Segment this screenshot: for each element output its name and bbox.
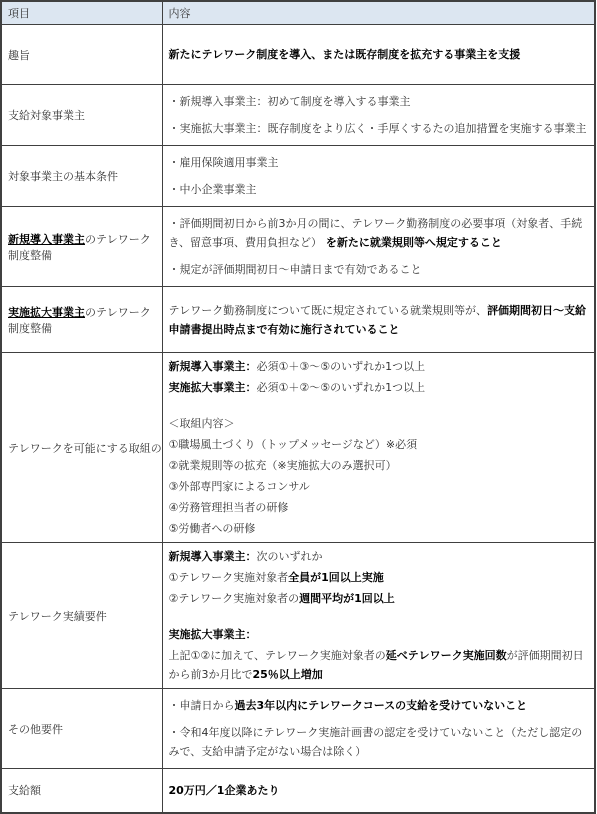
text-segment: ⑤労働者への研修 xyxy=(169,522,256,535)
table-row: 支給額20万円／1企業あたり xyxy=(1,769,595,813)
content-cell: ・雇用保険適用事業主・中小企業事業主 xyxy=(162,146,595,207)
content-line: ・評価期間初日から前3か月の間に、テレワーク勤務制度の必要事項（対象者、手続き、… xyxy=(169,210,589,256)
text-segment: ・申請日から xyxy=(169,699,235,712)
content-cell: テレワーク勤務制度について既に規定されている就業規則等が、評価期間初日～支給申請… xyxy=(162,287,595,353)
content-line: ②就業規則等の拡充（※実施拡大のみ選択可） xyxy=(169,455,589,476)
content-line: ・令和4年度以降にテレワーク実施計画書の認定を受けていないこと（ただし認定のみで… xyxy=(169,719,589,765)
content-line xyxy=(169,398,589,413)
content-line: ＜取組内容＞ xyxy=(169,413,589,434)
text-segment: ・規定が評価期間初日～申請日まで有効であること xyxy=(169,263,422,276)
table-row: テレワークを可能にする取組の実施新規導入事業主：必須①＋③～⑤のいずれか1つ以上… xyxy=(1,353,595,543)
text-segment: 全員が1回以上実施 xyxy=(288,571,384,584)
text-segment: テレワーク勤務制度について既に規定されている就業規則等が、 xyxy=(169,304,488,317)
content-line: ⑤労働者への研修 xyxy=(169,518,589,539)
text-segment: 必須①＋②～⑤のいずれか1つ以上 xyxy=(257,381,426,394)
table-row: テレワーク実績要件新規導入事業主：次のいずれか①テレワーク実施対象者全員が1回以… xyxy=(1,543,595,689)
content-cell: 新たにテレワーク制度を導入、または既存制度を拡充する事業主を支援 xyxy=(162,25,595,85)
content-line: 20万円／1企業あたり xyxy=(169,780,589,801)
content-line: ・新規導入事業主：初めて制度を導入する事業主 xyxy=(169,88,589,115)
content-cell: 新規導入事業主：次のいずれか①テレワーク実施対象者全員が1回以上実施②テレワーク… xyxy=(162,543,595,689)
header-row: 項目 内容 xyxy=(1,1,595,25)
item-cell: 実施拡大事業主のテレワーク制度整備 xyxy=(1,287,162,353)
text-segment: 新たにテレワーク制度を導入、または既存制度を拡充する事業主を支援 xyxy=(169,48,521,61)
header-content-cell: 内容 xyxy=(162,1,595,25)
document-page: 項目 内容 趣旨新たにテレワーク制度を導入、または既存制度を拡充する事業主を支援… xyxy=(0,0,597,814)
text-segment: 実施拡大事業主： xyxy=(169,628,257,641)
text-segment: 趣旨 xyxy=(8,49,30,62)
table-row: 新規導入事業主のテレワーク制度整備・評価期間初日から前3か月の間に、テレワーク勤… xyxy=(1,207,595,287)
text-segment: 実施拡大事業主： xyxy=(169,381,257,394)
text-segment: ・新規導入事業主：初めて制度を導入する事業主 xyxy=(169,95,411,108)
text-segment: ③外部専門家によるコンサル xyxy=(169,480,310,493)
text-segment: 新規導入事業主： xyxy=(169,360,257,373)
content-cell: 20万円／1企業あたり xyxy=(162,769,595,813)
item-cell: その他要件 xyxy=(1,689,162,769)
text-segment: ②就業規則等の拡充（※実施拡大のみ選択可） xyxy=(169,459,397,472)
content-line: ③外部専門家によるコンサル xyxy=(169,476,589,497)
table-header: 項目 内容 xyxy=(1,1,595,25)
content-line: 新規導入事業主：次のいずれか xyxy=(169,546,589,567)
text-segment: テレワーク実績要件 xyxy=(8,610,107,623)
text-segment: ＜取組内容＞ xyxy=(169,417,235,430)
text-segment: 新規導入事業主： xyxy=(169,550,257,563)
item-cell: テレワーク実績要件 xyxy=(1,543,162,689)
content-line xyxy=(169,609,589,624)
content-line: ・中小企業事業主 xyxy=(169,176,589,203)
requirements-table: 項目 内容 趣旨新たにテレワーク制度を導入、または既存制度を拡充する事業主を支援… xyxy=(0,0,596,814)
item-cell: テレワークを可能にする取組の実施 xyxy=(1,353,162,543)
text-segment: 支給額 xyxy=(8,784,41,797)
content-line: 実施拡大事業主：必須①＋②～⑤のいずれか1つ以上 xyxy=(169,377,589,398)
content-cell: 新規導入事業主：必須①＋③～⑤のいずれか1つ以上実施拡大事業主：必須①＋②～⑤の… xyxy=(162,353,595,543)
content-line: ・申請日から過去3年以内にテレワークコースの支給を受けていないこと xyxy=(169,692,589,719)
text-segment: 必須①＋③～⑤のいずれか1つ以上 xyxy=(257,360,426,373)
item-cell: 支給対象事業主 xyxy=(1,85,162,146)
text-segment: 20万円／1企業あたり xyxy=(169,784,280,797)
text-segment: ・令和4年度以降にテレワーク実施計画書の認定を受けていないこと（ただし認定のみで… xyxy=(169,726,583,758)
text-segment: 延べテレワーク実施回数 xyxy=(386,649,507,662)
table-row: その他要件・申請日から過去3年以内にテレワークコースの支給を受けていないこと・令… xyxy=(1,689,595,769)
content-line: ・規定が評価期間初日～申請日まで有効であること xyxy=(169,256,589,283)
content-cell: ・新規導入事業主：初めて制度を導入する事業主・実施拡大事業主：既存制度をより広く… xyxy=(162,85,595,146)
text-segment: ・実施拡大事業主：既存制度をより広く・手厚くするたの追加措置を実施する事業主 xyxy=(169,122,587,135)
content-line: 上記①②に加えて、テレワーク実施対象者の延べテレワーク実施回数が評価期間初日から… xyxy=(169,645,589,685)
text-segment: 次のいずれか xyxy=(257,550,323,563)
text-segment: ・雇用保険適用事業主 xyxy=(169,156,279,169)
item-cell: 新規導入事業主のテレワーク制度整備 xyxy=(1,207,162,287)
text-segment: 支給対象事業主 xyxy=(8,109,85,122)
text-segment: 25％以上増加 xyxy=(253,668,323,681)
text-segment: 対象事業主の基本条件 xyxy=(8,170,118,183)
content-line: ・実施拡大事業主：既存制度をより広く・手厚くするたの追加措置を実施する事業主 xyxy=(169,115,589,142)
content-line: 新規導入事業主：必須①＋③～⑤のいずれか1つ以上 xyxy=(169,356,589,377)
content-line: テレワーク勤務制度について既に規定されている就業規則等が、評価期間初日～支給申請… xyxy=(169,297,589,343)
content-line: 実施拡大事業主： xyxy=(169,624,589,645)
content-line: ②テレワーク実施対象者の週間平均が1回以上 xyxy=(169,588,589,609)
content-line: 新たにテレワーク制度を導入、または既存制度を拡充する事業主を支援 xyxy=(169,44,589,65)
text-segment: ①テレワーク実施対象者 xyxy=(169,571,289,584)
table-body: 趣旨新たにテレワーク制度を導入、または既存制度を拡充する事業主を支援支給対象事業… xyxy=(1,25,595,813)
text-segment: ④労務管理担当者の研修 xyxy=(169,501,289,514)
text-segment: ・中小企業事業主 xyxy=(169,183,257,196)
table-row: 対象事業主の基本条件・雇用保険適用事業主・中小企業事業主 xyxy=(1,146,595,207)
item-cell: 趣旨 xyxy=(1,25,162,85)
table-row: 趣旨新たにテレワーク制度を導入、または既存制度を拡充する事業主を支援 xyxy=(1,25,595,85)
content-line: ・雇用保険適用事業主 xyxy=(169,149,589,176)
text-segment: その他要件 xyxy=(8,723,63,736)
text-segment: 新規導入事業主 xyxy=(8,233,85,246)
text-segment: 実施拡大事業主 xyxy=(8,306,85,319)
content-line: ④労務管理担当者の研修 xyxy=(169,497,589,518)
text-segment: 週間平均が1回以上 xyxy=(299,592,395,605)
content-cell: ・評価期間初日から前3か月の間に、テレワーク勤務制度の必要事項（対象者、手続き、… xyxy=(162,207,595,287)
table-row: 支給対象事業主・新規導入事業主：初めて制度を導入する事業主・実施拡大事業主：既存… xyxy=(1,85,595,146)
content-line: ①テレワーク実施対象者全員が1回以上実施 xyxy=(169,567,589,588)
text-segment: ②テレワーク実施対象者の xyxy=(169,592,300,605)
text-segment: 過去3年以内にテレワークコースの支給を受けていないこと xyxy=(235,699,528,712)
text-segment: を新たに就業規則等へ規定すること xyxy=(322,236,502,249)
item-cell: 対象事業主の基本条件 xyxy=(1,146,162,207)
content-cell: ・申請日から過去3年以内にテレワークコースの支給を受けていないこと・令和4年度以… xyxy=(162,689,595,769)
header-item-cell: 項目 xyxy=(1,1,162,25)
content-line: ①職場風土づくり（トップメッセージなど）※必須 xyxy=(169,434,589,455)
item-cell: 支給額 xyxy=(1,769,162,813)
table-row: 実施拡大事業主のテレワーク制度整備テレワーク勤務制度について既に規定されている就… xyxy=(1,287,595,353)
text-segment: 上記①②に加えて、テレワーク実施対象者の xyxy=(169,649,386,662)
text-segment: ①職場風土づくり（トップメッセージなど）※必須 xyxy=(169,438,418,451)
text-segment: テレワークを可能にする取組の実施 xyxy=(8,442,162,455)
